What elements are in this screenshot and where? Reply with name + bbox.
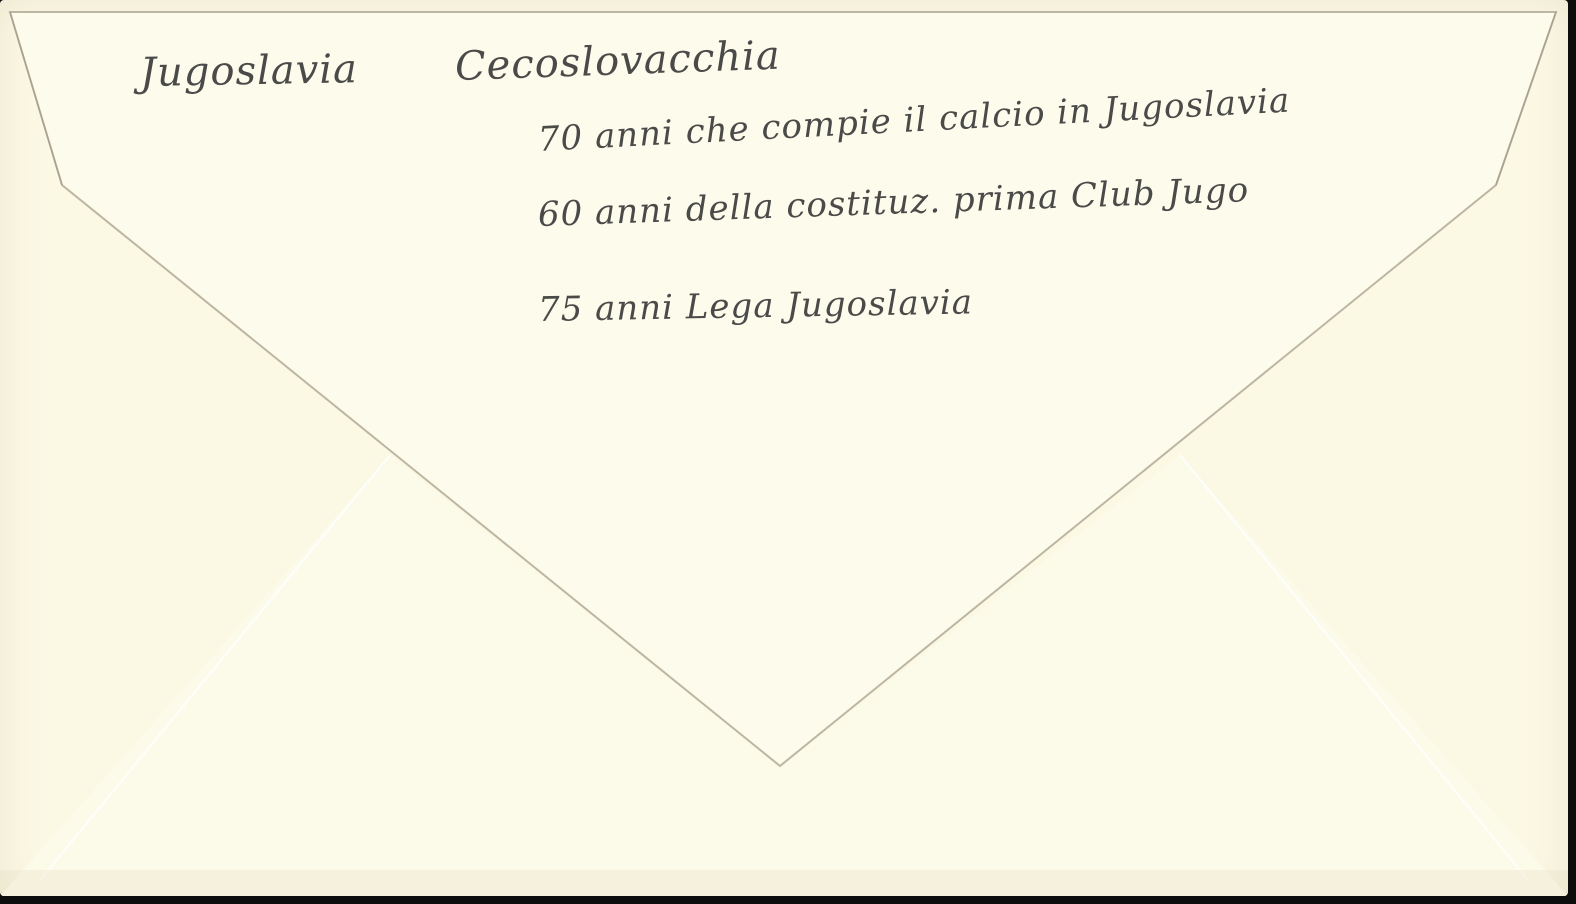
envelope-back: Jugoslavia Cecoslovacchia 70 anni che co… [0,0,1568,896]
handwritten-line-3: 75 anni Lega Jugoslavia [538,282,974,330]
handwritten-title-left: Jugoslavia [140,46,359,96]
